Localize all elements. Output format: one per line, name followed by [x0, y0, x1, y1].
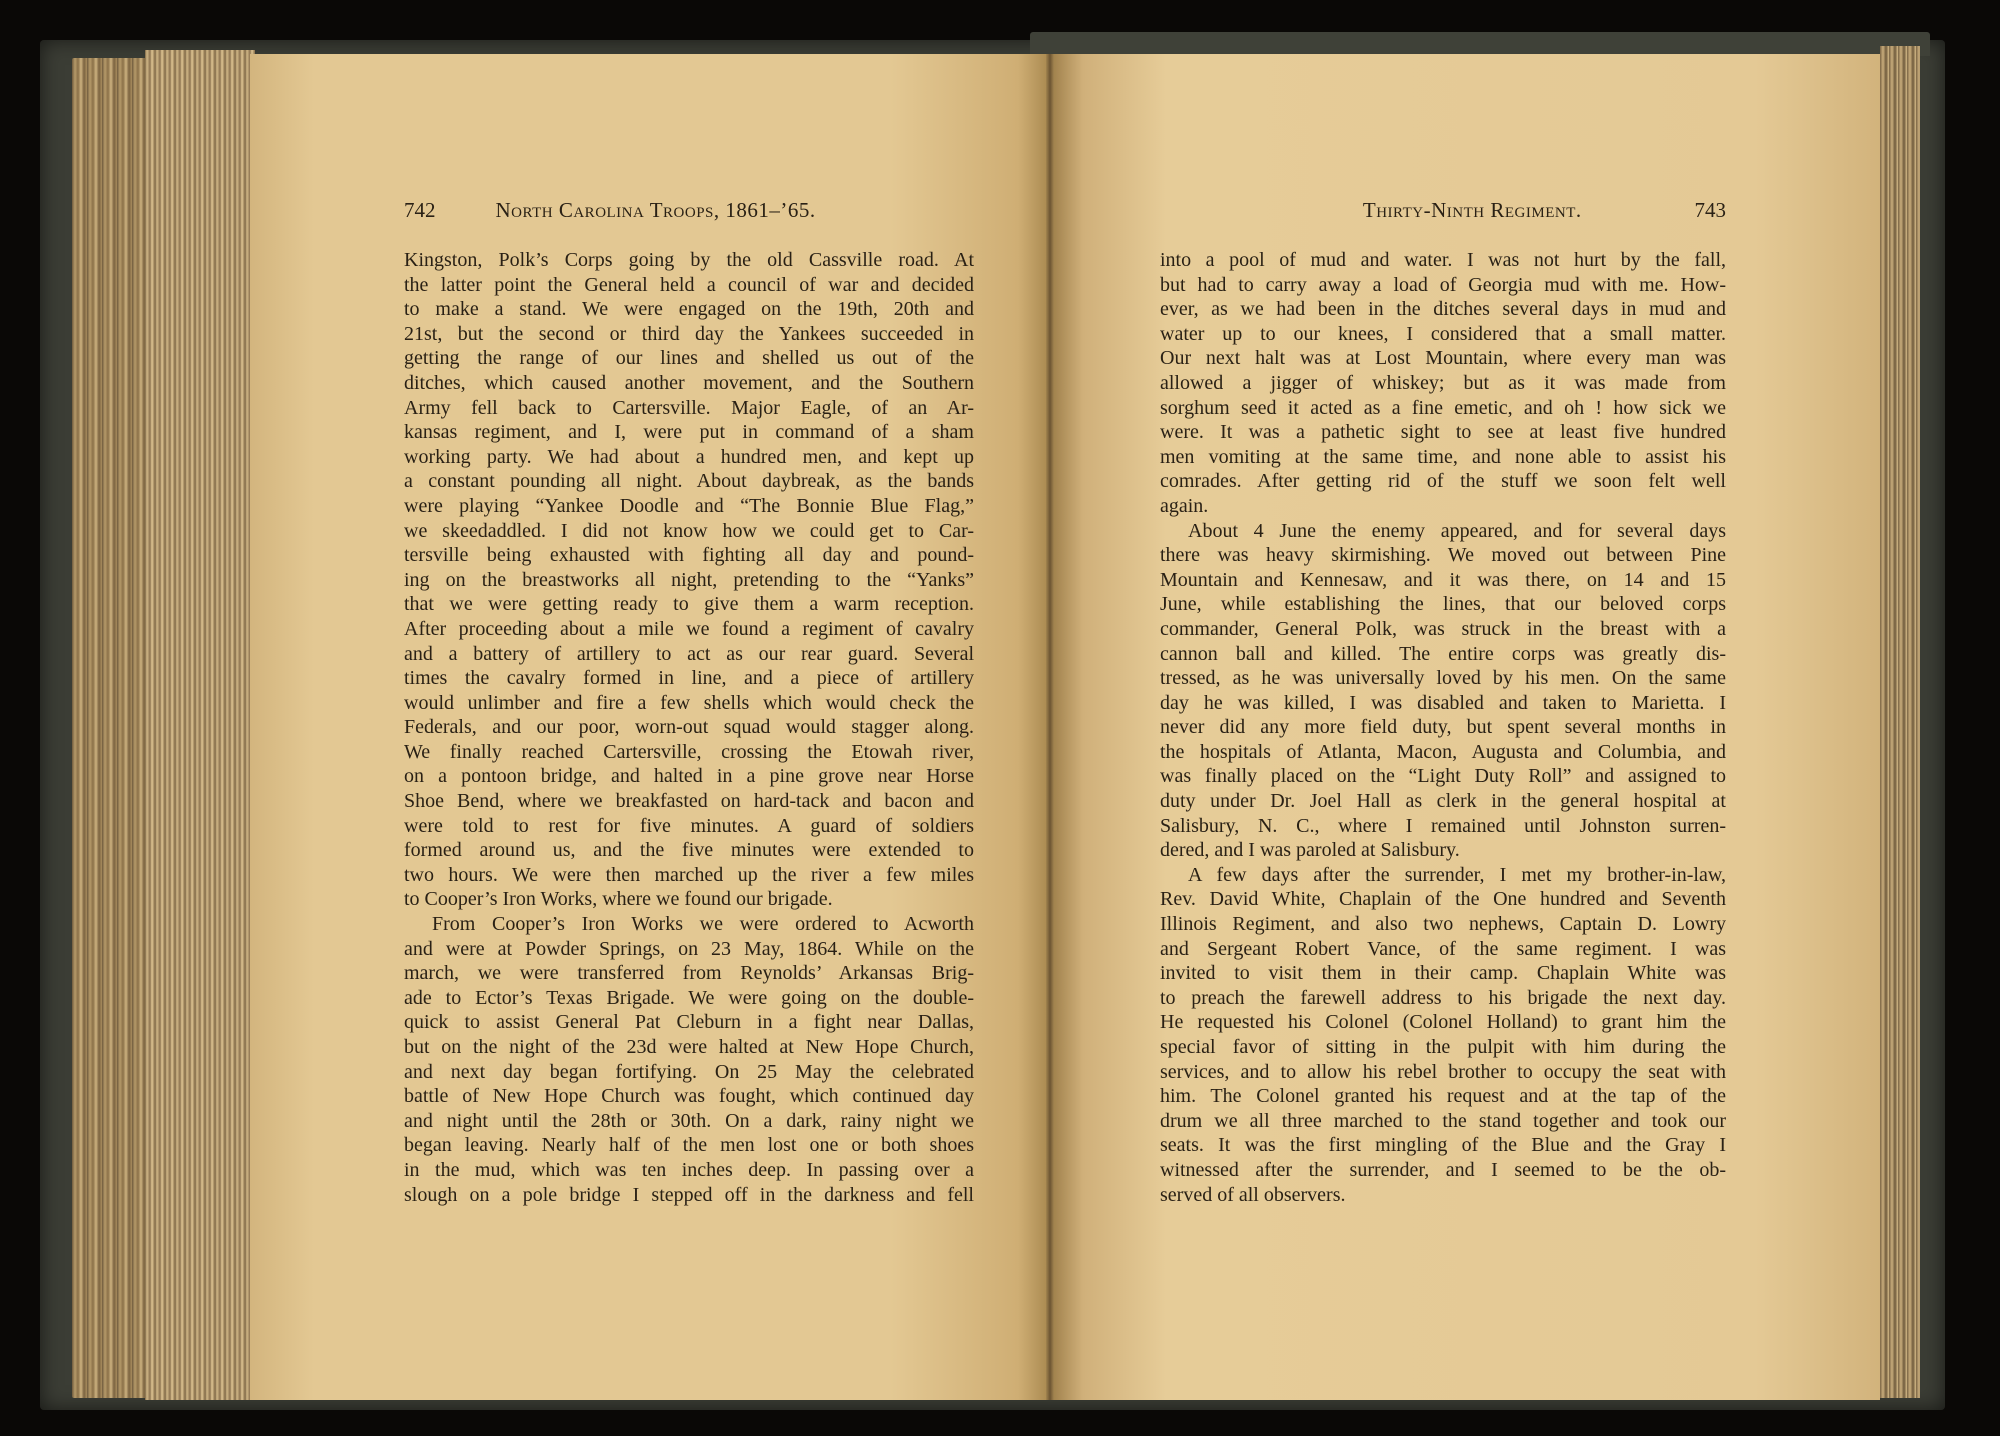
text-line: two hours. We were then marched up the r… — [404, 863, 974, 888]
text-line: We finally reached Cartersville, crossin… — [404, 740, 974, 765]
text-line: sorghum seed it acted as a fine emetic, … — [1160, 396, 1726, 421]
right-page-stack — [1880, 46, 1920, 1398]
text-line: to preach the farewell address to his br… — [1160, 986, 1726, 1011]
text-line: a constant pounding all night. About day… — [404, 469, 974, 494]
text-line: that we were getting ready to give them … — [404, 592, 974, 617]
text-line: A few days after the surrender, I met my… — [1160, 863, 1726, 888]
text-line: special favor of sitting in the pulpit w… — [1160, 1035, 1726, 1060]
text-line: but on the night of the 23d were halted … — [404, 1035, 974, 1060]
text-line: and Sergeant Robert Vance, of the same r… — [1160, 937, 1726, 962]
book-cover-top-edge — [1030, 32, 1930, 56]
text-line: Illinois Regiment, and also two nephews,… — [1160, 912, 1726, 937]
text-line: tressed, as he was universally loved by … — [1160, 666, 1726, 691]
right-body: into a pool of mud and water. I was not … — [1160, 248, 1726, 1207]
text-line: quick to assist General Pat Cleburn in a… — [404, 1010, 974, 1035]
text-line: battle of New Hope Church was fought, wh… — [404, 1084, 974, 1109]
text-line: into a pool of mud and water. I was not … — [1160, 248, 1726, 273]
text-line: in the mud, which was ten inches deep. I… — [404, 1158, 974, 1183]
text-line: were. It was a pathetic sight to see at … — [1160, 420, 1726, 445]
right-running-head: Thirty-Ninth Regiment. 743 — [1160, 198, 1726, 228]
text-line: men vomiting at the same time, and none … — [1160, 445, 1726, 470]
text-line: and were at Powder Springs, on 23 May, 1… — [404, 937, 974, 962]
text-line: would unlimber and fire a few shells whi… — [404, 691, 974, 716]
text-line: Rev. David White, Chaplain of the One hu… — [1160, 887, 1726, 912]
text-line: 21st, but the second or third day the Ya… — [404, 322, 974, 347]
text-line: were playing “Yankee Doodle and “The Bon… — [404, 494, 974, 519]
text-line: never did any more field duty, but spent… — [1160, 715, 1726, 740]
text-line: ade to Ector’s Texas Brigade. We were go… — [404, 986, 974, 1011]
text-line: and next day began fortifying. On 25 May… — [404, 1060, 974, 1085]
text-line: allowed a jigger of whiskey; but as it w… — [1160, 371, 1726, 396]
text-line: we skeedaddled. I did not know how we co… — [404, 519, 974, 544]
text-line: slough on a pole bridge I stepped off in… — [404, 1183, 974, 1208]
text-line: the latter point the General held a coun… — [404, 273, 974, 298]
right-page-text: Thirty-Ninth Regiment. 743 into a pool o… — [1160, 198, 1726, 1207]
text-line: there was heavy skirmishing. We moved ou… — [1160, 543, 1726, 568]
left-running-head-title: North Carolina Troops, 1861–’65. — [496, 198, 975, 223]
text-line: tersville being exhausted with fighting … — [404, 543, 974, 568]
text-line: Shoe Bend, where we breakfasted on hard-… — [404, 789, 974, 814]
left-running-head: 742 North Carolina Troops, 1861–’65. — [404, 198, 974, 228]
text-line: June, while establishing the lines, that… — [1160, 592, 1726, 617]
text-line: He requested his Colonel (Colonel Hollan… — [1160, 1010, 1726, 1035]
text-line: seats. It was the first mingling of the … — [1160, 1133, 1726, 1158]
text-line: duty under Dr. Joel Hall as clerk in the… — [1160, 789, 1726, 814]
right-running-head-title: Thirty-Ninth Regiment. — [1250, 198, 1695, 223]
left-page-stack-inner — [145, 50, 255, 1400]
text-line: About 4 June the enemy appeared, and for… — [1160, 519, 1726, 544]
text-line: Army fell back to Cartersville. Major Ea… — [404, 396, 974, 421]
text-line: water up to our knees, I considered that… — [1160, 322, 1726, 347]
text-line: comrades. After getting rid of the stuff… — [1160, 469, 1726, 494]
text-line: getting the range of our lines and shell… — [404, 346, 974, 371]
text-line: was finally placed on the “Light Duty Ro… — [1160, 764, 1726, 789]
text-line: commander, General Polk, was struck in t… — [1160, 617, 1726, 642]
text-line: working party. We had about a hundred me… — [404, 445, 974, 470]
text-line: ever, as we had been in the ditches seve… — [1160, 297, 1726, 322]
text-line: dered, and I was paroled at Salisbury. — [1160, 838, 1726, 863]
left-body: Kingston, Polk’s Corps going by the old … — [404, 248, 974, 1207]
text-line: and night until the 28th or 30th. On a d… — [404, 1109, 974, 1134]
text-line: day he was killed, I was disabled and ta… — [1160, 691, 1726, 716]
text-line: times the cavalry formed in line, and a … — [404, 666, 974, 691]
text-line: served of all observers. — [1160, 1183, 1726, 1208]
text-line: Mountain and Kennesaw, and it was there,… — [1160, 568, 1726, 593]
left-page-text: 742 North Carolina Troops, 1861–’65. Kin… — [404, 198, 974, 1207]
text-line: invited to visit them in their camp. Cha… — [1160, 961, 1726, 986]
text-line: march, we were transferred from Reynolds… — [404, 961, 974, 986]
text-line: on a pontoon bridge, and halted in a pin… — [404, 764, 974, 789]
text-line: kansas regiment, and I, were put in comm… — [404, 420, 974, 445]
text-line: were told to rest for five minutes. A gu… — [404, 814, 974, 839]
text-line: Federals, and our poor, worn-out squad w… — [404, 715, 974, 740]
text-line: cannon ball and killed. The entire corps… — [1160, 642, 1726, 667]
text-line: to make a stand. We were engaged on the … — [404, 297, 974, 322]
text-line: the hospitals of Atlanta, Macon, Augusta… — [1160, 740, 1726, 765]
text-line: ing on the breastworks all night, preten… — [404, 568, 974, 593]
text-line: ditches, which caused another movement, … — [404, 371, 974, 396]
text-line: formed around us, and the five minutes w… — [404, 838, 974, 863]
text-line: to Cooper’s Iron Works, where we found o… — [404, 887, 974, 912]
text-line: began leaving. Nearly half of the men lo… — [404, 1133, 974, 1158]
text-line: services, and to allow his rebel brother… — [1160, 1060, 1726, 1085]
text-line: him. The Colonel granted his request and… — [1160, 1084, 1726, 1109]
text-line: Salisbury, N. C., where I remained until… — [1160, 814, 1726, 839]
text-line: and a battery of artillery to act as our… — [404, 642, 974, 667]
text-line: From Cooper’s Iron Works we were ordered… — [404, 912, 974, 937]
text-line: After proceeding about a mile we found a… — [404, 617, 974, 642]
book-gutter — [1046, 54, 1054, 1400]
text-line: drum we all three marched to the stand t… — [1160, 1109, 1726, 1134]
text-line: but had to carry away a load of Georgia … — [1160, 273, 1726, 298]
text-line: witnessed after the surrender, and I see… — [1160, 1158, 1726, 1183]
text-line: Kingston, Polk’s Corps going by the old … — [404, 248, 974, 273]
left-page-number: 742 — [404, 198, 436, 223]
text-line: Our next halt was at Lost Mountain, wher… — [1160, 346, 1726, 371]
right-page-number: 743 — [1695, 198, 1727, 223]
text-line: again. — [1160, 494, 1726, 519]
